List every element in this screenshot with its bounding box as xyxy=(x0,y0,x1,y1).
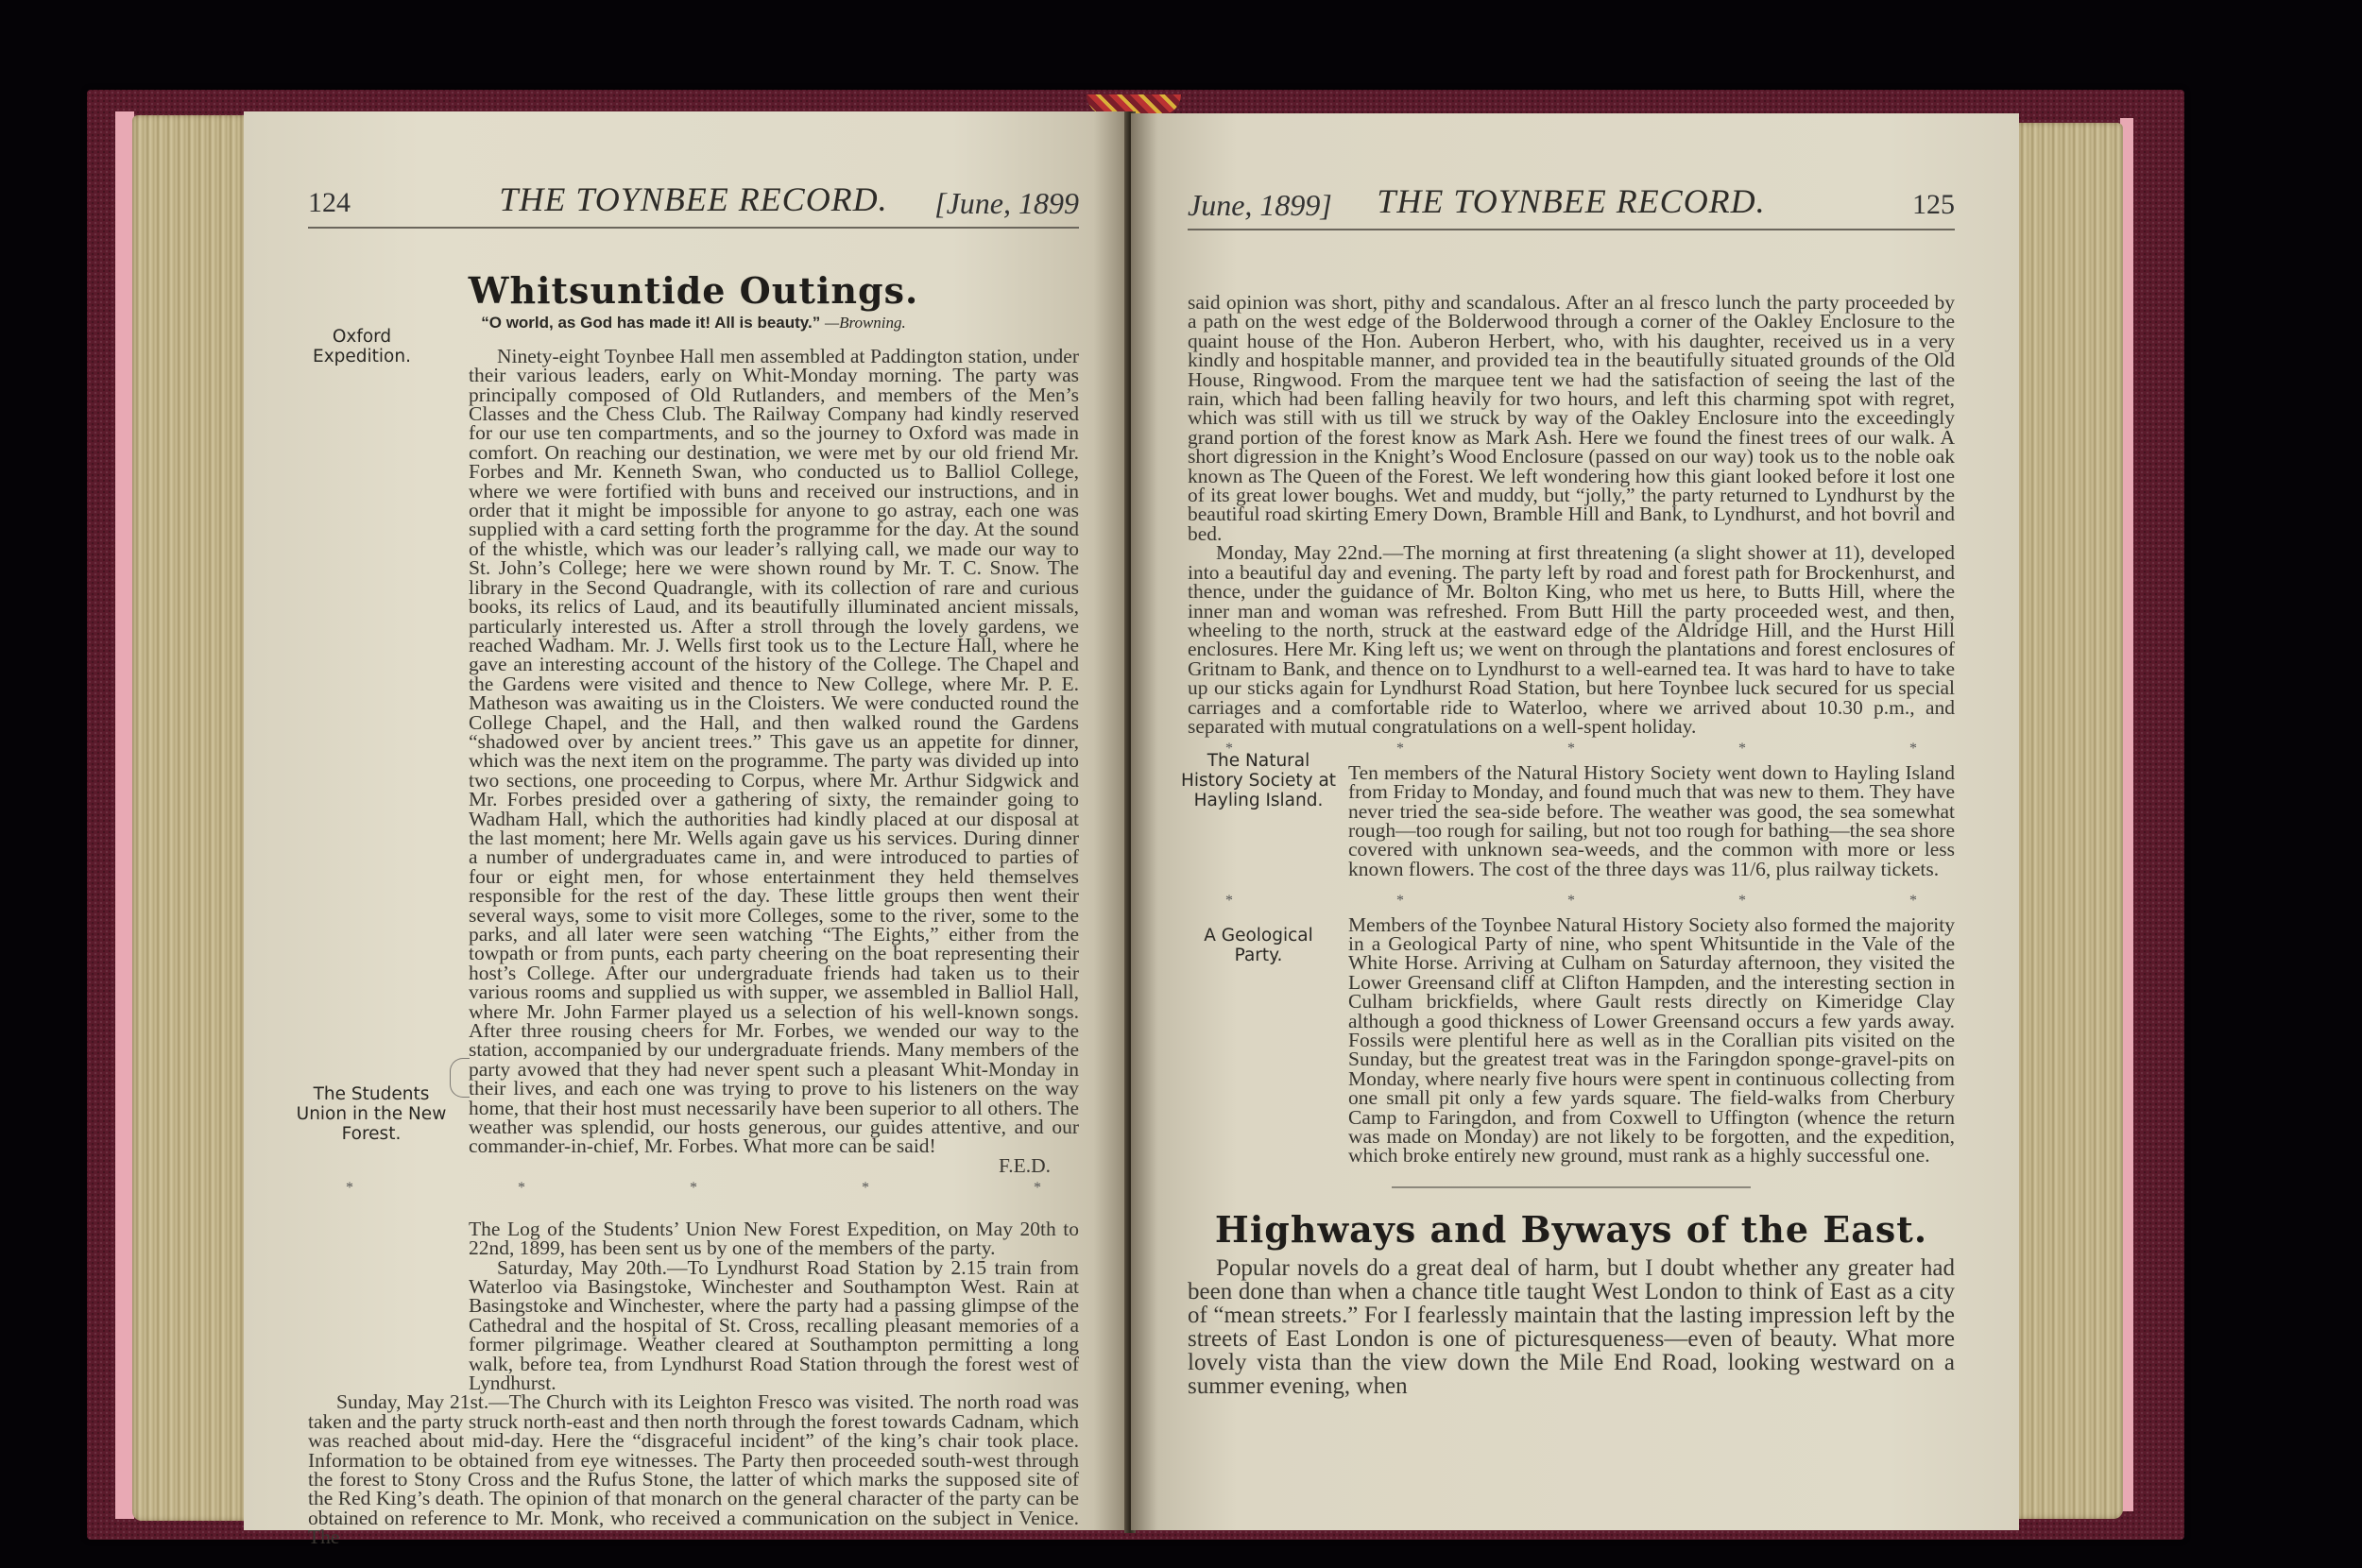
sidenote-natural-history: The Natural History Society at Hayling I… xyxy=(1178,751,1339,810)
pencil-annotation xyxy=(450,1058,470,1098)
paragraph: Members of the Toynbee Natural History S… xyxy=(1348,915,1955,1166)
page-block-right xyxy=(2017,123,2123,1519)
sidenote-students-union: The Students Union in the New Forest. xyxy=(296,1084,447,1144)
page-block-left xyxy=(132,115,246,1521)
epigraph: “O world, as God has made it! All is bea… xyxy=(308,314,1079,332)
right-page: June, 1899] THE TOYNBEE RECORD. 125 said… xyxy=(1131,113,2019,1530)
paragraph: Ten members of the Natural History Socie… xyxy=(1348,763,1955,878)
article-title: Whitsuntide Outings. xyxy=(308,281,1079,300)
endpaper-left xyxy=(115,111,134,1519)
paragraph: The Log of the Students’ Union New Fores… xyxy=(469,1219,1079,1258)
section-students-union: The Log of the Students’ Union New Fores… xyxy=(308,1219,1079,1547)
paragraph: Ninety-eight Toynbee Hall men assembled … xyxy=(308,347,1079,1156)
epigraph-quote: “O world, as God has made it! All is bea… xyxy=(481,314,820,332)
right-column: said opinion was short, pithy and scanda… xyxy=(1188,293,1955,1398)
article-title: Highways and Byways of the East. xyxy=(1188,1220,1955,1239)
sidenote-geological-party: A Geological Party. xyxy=(1188,926,1329,965)
issue-date: [June, 1899 xyxy=(934,186,1079,221)
paragraph: Popular novels do a great deal of harm, … xyxy=(1188,1256,1955,1398)
running-header-right: June, 1899] THE TOYNBEE RECORD. 125 xyxy=(1188,181,1955,230)
sidenote-oxford-expedition: Oxford Expedition. xyxy=(300,327,423,366)
section-separator: ***** xyxy=(1188,892,1955,911)
paragraph: Sunday, May 21st.—The Church with its Le… xyxy=(308,1392,1079,1546)
paragraph: said opinion was short, pithy and scanda… xyxy=(1188,293,1955,543)
left-column: Whitsuntide Outings. “O world, as God ha… xyxy=(308,281,1079,1547)
section-oxford: Ninety-eight Toynbee Hall men assembled … xyxy=(308,347,1079,1156)
paragraph: Monday, May 22nd.—The morning at first t… xyxy=(1188,543,1955,736)
signature: F.E.D. xyxy=(308,1156,1051,1175)
running-title: THE TOYNBEE RECORD. xyxy=(1188,181,1955,221)
left-page: 124 THE TOYNBEE RECORD. [June, 1899 Whit… xyxy=(244,111,1129,1530)
page-number: 125 xyxy=(1912,189,1955,221)
paragraph: Saturday, May 20th.—To Lyndhurst Road St… xyxy=(308,1258,1079,1393)
section-separator: ***** xyxy=(308,1179,1079,1198)
running-header-left: 124 THE TOYNBEE RECORD. [June, 1899 xyxy=(308,179,1079,229)
article-divider xyxy=(1392,1186,1751,1188)
epigraph-author: —Browning. xyxy=(825,314,906,332)
